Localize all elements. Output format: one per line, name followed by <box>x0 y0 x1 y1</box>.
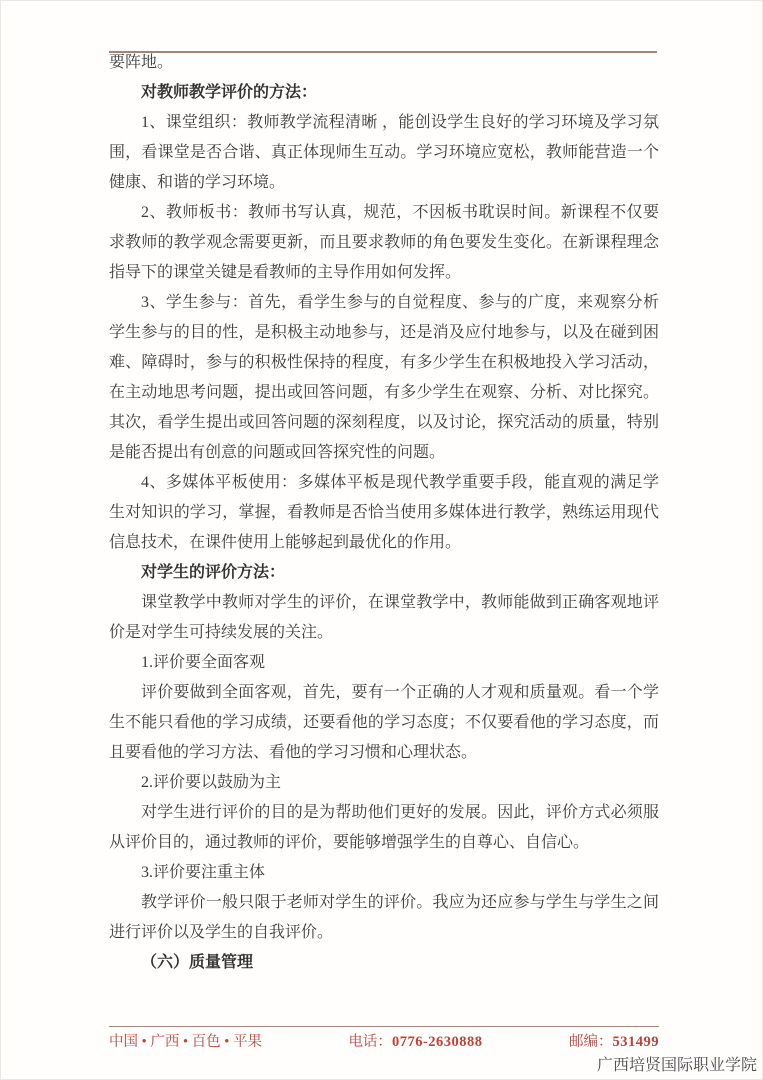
footer-location: 中国 • 广西 • 百色 • 平果 <box>109 1030 262 1051</box>
paragraph: 教学评价一般只限于老师对学生的评价。我应为还应参与学生与学生之间进行评价以及学生… <box>109 888 659 948</box>
footer-phone: 电话：0776-2630888 <box>348 1030 482 1051</box>
document-page: 要阵地。对教师教学评价的方法：1、课堂组织：教师教学流程清晰 ，能创设学生良好的… <box>0 0 763 1080</box>
paragraph: 评价要做到全面客观，首先，要有一个正确的人才观和质量观。看一个学生不能只看他的学… <box>109 678 659 768</box>
footer-postal-code: 531499 <box>612 1034 659 1050</box>
page-footer: 中国 • 广西 • 百色 • 平果 电话：0776-2630888 邮编：531… <box>109 1030 659 1051</box>
footer-phone-label: 电话： <box>348 1034 392 1050</box>
institution-watermark: 广西培贤国际职业学院 <box>597 1052 757 1075</box>
paragraph: 4、多媒体平板使用：多媒体平板是现代教学重要手段，能直观的满足学生对知识的学习，… <box>109 468 659 558</box>
section-heading: 对学生的评价方法： <box>109 558 659 588</box>
document-body: 要阵地。对教师教学评价的方法：1、课堂组织：教师教学流程清晰 ，能创设学生良好的… <box>109 48 659 978</box>
paragraph: 课堂教学中教师对学生的评价，在课堂教学中，教师能做到正确客观地评价是对学生可持续… <box>109 588 659 648</box>
paragraph: 3、学生参与：首先，看学生参与的自觉程度、参与的广度，来观察分析学生参与的目的性… <box>109 288 659 468</box>
paragraph: 对学生进行评价的目的是为帮助他们更好的发展。因此，评价方式必须服从评价目的，通过… <box>109 798 659 858</box>
paragraph: 要阵地。 <box>109 48 659 78</box>
footer-phone-number: 0776-2630888 <box>392 1034 483 1050</box>
paragraph: 1.评价要全面客观 <box>109 648 659 678</box>
footer-postal: 邮编：531499 <box>569 1030 659 1051</box>
footer-postal-label: 邮编： <box>569 1034 613 1050</box>
paragraph: 2、教师板书：教师书写认真，规范，不因板书耽误时间。新课程不仅要求教师的教学观念… <box>109 198 659 288</box>
footer-divider <box>109 1026 659 1027</box>
section-heading: （六）质量管理 <box>109 948 659 978</box>
paragraph: 3.评价要注重主体 <box>109 858 659 888</box>
paragraph: 1、课堂组织：教师教学流程清晰 ，能创设学生良好的学习环境及学习氛围，看课堂是否… <box>109 108 659 198</box>
section-heading: 对教师教学评价的方法： <box>109 78 659 108</box>
paragraph: 2.评价要以鼓励为主 <box>109 768 659 798</box>
